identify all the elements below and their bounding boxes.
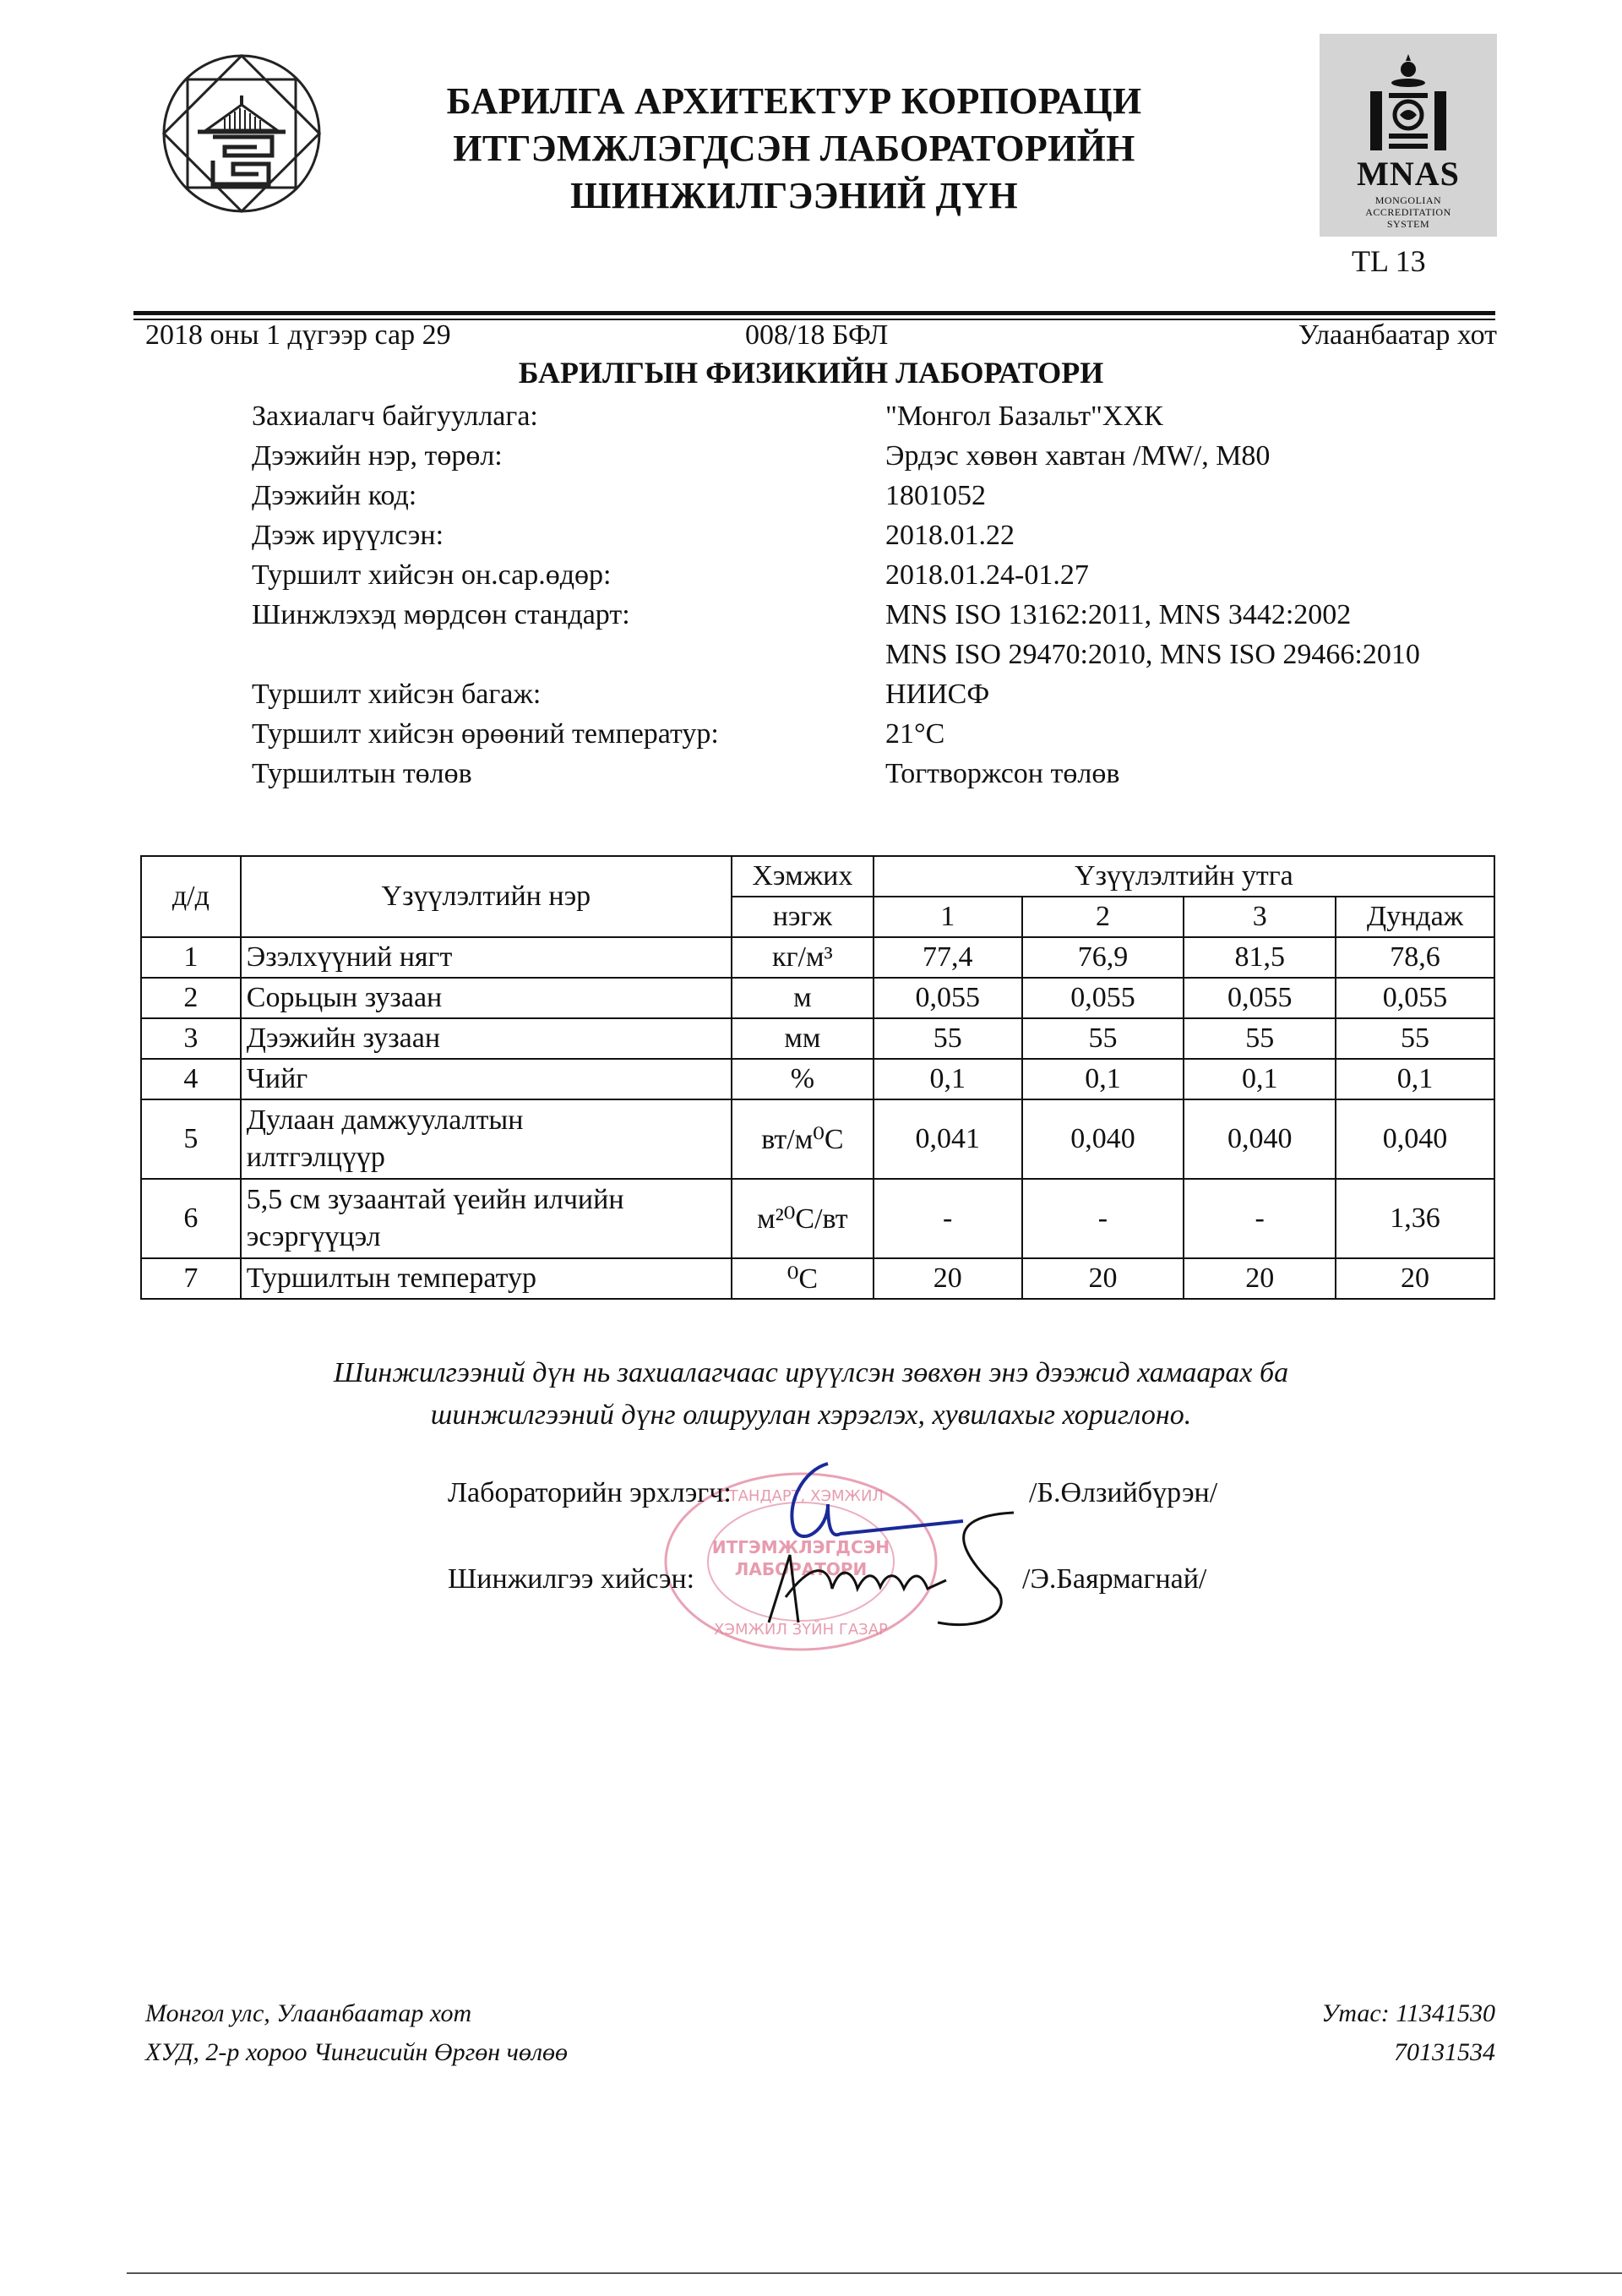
info-label: Туршилт хийсэн он.сар.өдөр:	[252, 559, 612, 592]
row-name-line: илтгэлцүүр	[247, 1139, 726, 1176]
lab-head-label: Лабораторийн эрхлэгч:	[448, 1477, 732, 1509]
org-title-line-1: БАРИЛГА АРХИТЕКТУР КОРПОРАЦИ	[355, 78, 1233, 125]
disclaimer-line: шинжилгээний дүнг олшруулан хэрэглэх, ху…	[169, 1394, 1453, 1437]
row-unit: мм	[732, 1018, 874, 1059]
footer-phone: Утас: 11341530 70131534	[1183, 1994, 1495, 2072]
col-header-index: д/д	[141, 856, 241, 937]
mnas-subtitle-line: SYSTEM	[1365, 218, 1451, 230]
row-value-2: 0,055	[1022, 978, 1184, 1018]
info-value: Тогтворжсон төлөв	[885, 758, 1119, 790]
mnas-acronym: MNAS	[1357, 157, 1460, 191]
table-header-row: д/д Үзүүлэлтийн нэр Хэмжих Үзүүлэлтийн у…	[141, 856, 1494, 897]
info-value: 2018.01.24-01.27	[885, 559, 1089, 592]
info-label: Шинжлэхэд мөрдсөн стандарт:	[252, 599, 630, 631]
col-header-unit-line2: нэгж	[732, 897, 874, 937]
lab-name-heading: БАРИЛГЫН ФИЗИКИЙН ЛАБОРАТОРИ	[0, 355, 1622, 390]
table-row: 2 Сорьцын зузаан м 0,055 0,055 0,055 0,0…	[141, 978, 1494, 1018]
footer-address: Монгол улс, Улаанбаатар хот ХУД, 2-р хор…	[145, 1994, 568, 2072]
info-row: MNS ISO 29470:2010, MNS ISO 29466:2010	[252, 639, 1519, 679]
table-row: 6 5,5 см зузаантай үеийн илчийнэсэргүүцэ…	[141, 1179, 1494, 1258]
row-name: Чийг	[241, 1059, 732, 1099]
row-index: 6	[141, 1179, 241, 1258]
analyst-label: Шинжилгээ хийсэн:	[448, 1563, 694, 1595]
row-average: 0,055	[1336, 978, 1494, 1018]
results-table: д/д Үзүүлэлтийн нэр Хэмжих Үзүүлэлтийн у…	[140, 855, 1495, 1300]
org-title-line-2: ИТГЭМЖЛЭГДСЭН ЛАБОРАТОРИЙН	[355, 125, 1233, 172]
disclaimer: Шинжилгээний дүн нь захиалагчаас ирүүлсэ…	[169, 1352, 1453, 1437]
footer-phone-line: 70131534	[1183, 2033, 1495, 2072]
row-name-line: 5,5 см зузаантай үеийн илчийн	[247, 1181, 726, 1219]
footer-rule	[127, 2272, 1622, 2274]
col-header-name: Үзүүлэлтийн нэр	[241, 856, 732, 937]
accreditation-number: TL 13	[1352, 243, 1426, 279]
disclaimer-line: Шинжилгээний дүн нь захиалагчаас ирүүлсэ…	[169, 1352, 1453, 1394]
row-name: Туршилтын температур	[241, 1258, 732, 1299]
info-value: 1801052	[885, 480, 986, 512]
row-value-3: 0,040	[1184, 1099, 1336, 1179]
row-average: 0,1	[1336, 1059, 1494, 1099]
info-row: Туршилт хийсэн он.сар.өдөр:2018.01.24-01…	[252, 559, 1519, 599]
row-value-2: 20	[1022, 1258, 1184, 1299]
info-label: Туршилт хийсэн өрөөний температур:	[252, 718, 719, 750]
info-row: Туршилт хийсэн өрөөний температур:21°C	[252, 718, 1519, 758]
row-value-2: 55	[1022, 1018, 1184, 1059]
row-name: 5,5 см зузаантай үеийн илчийнэсэргүүцэл	[241, 1179, 732, 1258]
col-header-v3: 3	[1184, 897, 1336, 937]
row-value-3: 0,1	[1184, 1059, 1336, 1099]
row-unit: м²⁰С/вт	[732, 1179, 874, 1258]
row-value-1: 20	[874, 1258, 1022, 1299]
info-row: Дээж ирүүлсэн:2018.01.22	[252, 520, 1519, 559]
document-city: Улаанбаатар хот	[1298, 319, 1497, 352]
info-row: Дээжийн код:1801052	[252, 480, 1519, 520]
row-name: Эзэлхүүний нягт	[241, 937, 732, 978]
info-label: Захиалагч байгууллага:	[252, 401, 538, 433]
info-label: Дээжийн код:	[252, 480, 416, 512]
footer-address-line: Монгол улс, Улаанбаатар хот	[145, 1994, 568, 2033]
row-unit: вт/м⁰С	[732, 1099, 874, 1179]
lab-head-name: /Б.Өлзийбүрэн/	[1029, 1477, 1217, 1509]
row-name: Сорьцын зузаан	[241, 978, 732, 1018]
col-header-values-group: Үзүүлэлтийн утга	[874, 856, 1494, 897]
info-value: "Монгол Базальт"ХХК	[885, 401, 1163, 433]
row-unit: кг/м³	[732, 937, 874, 978]
analyst-name: /Э.Баярмагнай/	[1022, 1563, 1206, 1595]
col-header-avg: Дундаж	[1336, 897, 1494, 937]
info-value: MNS ISO 29470:2010, MNS ISO 29466:2010	[885, 639, 1420, 671]
mnas-accreditation-logo: MNAS MONGOLIAN ACCREDITATION SYSTEM	[1320, 34, 1497, 237]
row-value-1: 0,055	[874, 978, 1022, 1018]
info-row: Дээжийн нэр, төрөл:Эрдэс хөвөн хавтан /M…	[252, 440, 1519, 480]
col-header-v2: 2	[1022, 897, 1184, 937]
info-value: Эрдэс хөвөн хавтан /MW/, M80	[885, 440, 1270, 472]
info-value: НИИСФ	[885, 679, 989, 711]
row-index: 3	[141, 1018, 241, 1059]
row-index: 5	[141, 1099, 241, 1179]
footer-phone-line: Утас: 11341530	[1183, 1994, 1495, 2033]
table-row: 3 Дээжийн зузаан мм 55 55 55 55	[141, 1018, 1494, 1059]
row-value-3: 81,5	[1184, 937, 1336, 978]
row-value-2: -	[1022, 1179, 1184, 1258]
row-value-1: 0,1	[874, 1059, 1022, 1099]
mnas-subtitle-line: ACCREDITATION	[1365, 206, 1451, 218]
row-unit: ⁰С	[732, 1258, 874, 1299]
row-unit: %	[732, 1059, 874, 1099]
info-label: Туршилтын төлөв	[252, 758, 472, 790]
info-row: Шинжлэхэд мөрдсөн стандарт:MNS ISO 13162…	[252, 599, 1519, 639]
info-row: Туршилтын төлөвТогтворжсон төлөв	[252, 758, 1519, 798]
row-name-line: эсэргүүцэл	[247, 1219, 726, 1256]
row-index: 1	[141, 937, 241, 978]
row-value-1: 0,041	[874, 1099, 1022, 1179]
row-value-2: 0,040	[1022, 1099, 1184, 1179]
row-index: 7	[141, 1258, 241, 1299]
col-header-v1: 1	[874, 897, 1022, 937]
row-value-3: -	[1184, 1179, 1336, 1258]
row-value-3: 20	[1184, 1258, 1336, 1299]
info-row: Туршилт хийсэн багаж:НИИСФ	[252, 679, 1519, 718]
row-unit: м	[732, 978, 874, 1018]
row-name-line: Дулаан дамжуулалтын	[247, 1102, 726, 1139]
construction-corporation-emblem-icon	[157, 49, 326, 218]
row-average: 78,6	[1336, 937, 1494, 978]
footer-address-line: ХУД, 2-р хороо Чингисийн Өргөн чөлөө	[145, 2033, 568, 2072]
row-average: 0,040	[1336, 1099, 1494, 1179]
row-value-1: 55	[874, 1018, 1022, 1059]
info-value: MNS ISO 13162:2011, MNS 3442:2002	[885, 599, 1351, 631]
row-name: Дээжийн зузаан	[241, 1018, 732, 1059]
row-average: 55	[1336, 1018, 1494, 1059]
header-rule-thick	[133, 311, 1495, 315]
sample-info-list: Захиалагч байгууллага:"Монгол Базальт"ХХ…	[252, 401, 1519, 798]
row-average: 1,36	[1336, 1179, 1494, 1258]
row-value-3: 0,055	[1184, 978, 1336, 1018]
row-index: 2	[141, 978, 241, 1018]
info-label: Дээж ирүүлсэн:	[252, 520, 444, 552]
document-date: 2018 оны 1 дүгээр сар 29	[145, 319, 451, 352]
info-value: 2018.01.22	[885, 520, 1015, 552]
row-value-2: 76,9	[1022, 937, 1184, 978]
soyombo-icon	[1362, 52, 1455, 154]
row-name: Дулаан дамжуулалтынилтгэлцүүр	[241, 1099, 732, 1179]
analyst-signature	[769, 1555, 946, 1622]
row-value-3: 55	[1184, 1018, 1336, 1059]
table-row: 7 Туршилтын температур ⁰С 20 20 20 20	[141, 1258, 1494, 1299]
org-title-line-3: ШИНЖИЛГЭЭНИЙ ДҮН	[355, 172, 1233, 220]
row-index: 4	[141, 1059, 241, 1099]
document-meta: 2018 оны 1 дүгээр сар 29 008/18 БФЛ Улаа…	[145, 319, 1497, 358]
row-value-1: -	[874, 1179, 1022, 1258]
row-value-1: 77,4	[874, 937, 1022, 978]
mnas-subtitle: MONGOLIAN ACCREDITATION SYSTEM	[1365, 194, 1451, 230]
info-label: Туршилт хийсэн багаж:	[252, 679, 541, 711]
mnas-subtitle-line: MONGOLIAN	[1365, 194, 1451, 206]
row-value-2: 0,1	[1022, 1059, 1184, 1099]
document-number: 008/18 БФЛ	[745, 319, 888, 352]
col-header-unit-line1: Хэмжих	[732, 856, 874, 897]
head-signature	[792, 1464, 963, 1536]
info-row: Захиалагч байгууллага:"Монгол Базальт"ХХ…	[252, 401, 1519, 440]
table-row: 4 Чийг % 0,1 0,1 0,1 0,1	[141, 1059, 1494, 1099]
info-value: 21°C	[885, 718, 944, 750]
table-row: 5 Дулаан дамжуулалтынилтгэлцүүр вт/м⁰С 0…	[141, 1099, 1494, 1179]
table-row: 1 Эзэлхүүний нягт кг/м³ 77,4 76,9 81,5 7…	[141, 937, 1494, 978]
document-title: БАРИЛГА АРХИТЕКТУР КОРПОРАЦИ ИТГЭМЖЛЭГДС…	[355, 78, 1233, 220]
row-average: 20	[1336, 1258, 1494, 1299]
info-label: Дээжийн нэр, төрөл:	[252, 440, 503, 472]
